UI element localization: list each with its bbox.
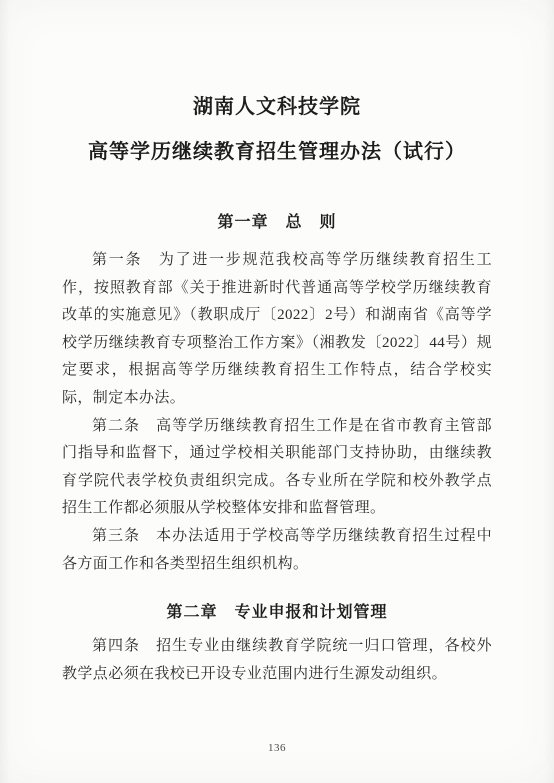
paragraph-article-2: 第二条 高等学历继续教育招生工作是在省市教育主管部门指导和监督下，通过学校相关职… [62, 413, 492, 523]
chapter-1-body: 第一条 为了进一步规范我校高等学历继续教育招生工作，按照教育部《关于推进新时代普… [62, 247, 492, 578]
paragraph-article-4: 第四条 招生专业由继续教育学院统一归口管理，各校外教学点必须在我校已开设专业范围… [62, 633, 492, 688]
chapter-2-heading: 第二章 专业申报和计划管理 [62, 602, 492, 624]
page-number: 136 [0, 742, 554, 754]
document-title-line1: 湖南人文科技学院 [62, 93, 492, 121]
chapter-2-body: 第四条 招生专业由继续教育学院统一归口管理，各校外教学点必须在我校已开设专业范围… [62, 633, 492, 688]
document-page: 湖南人文科技学院 高等学历继续教育招生管理办法（试行） 第一章 总 则 第一条 … [0, 0, 554, 783]
paragraph-article-1: 第一条 为了进一步规范我校高等学历继续教育招生工作，按照教育部《关于推进新时代普… [62, 247, 492, 413]
document-title-line2: 高等学历继续教育招生管理办法（试行） [62, 138, 492, 166]
chapter-1-heading: 第一章 总 则 [62, 212, 492, 234]
paragraph-article-3: 第三条 本办法适用于学校高等学历继续教育招生过程中各方面工作和各类型招生组织机构… [62, 523, 492, 578]
